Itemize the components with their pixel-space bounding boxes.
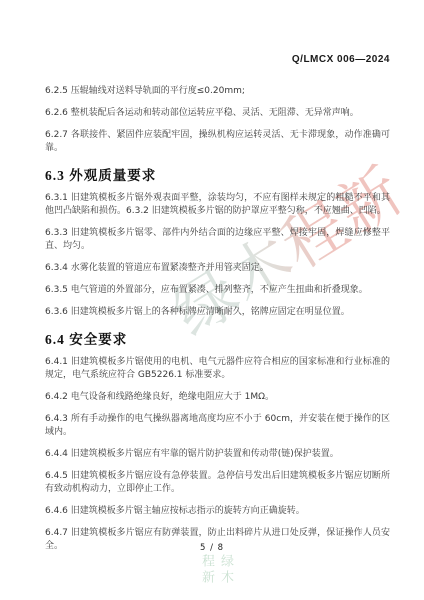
paragraph: 6.4.4 旧建筑模板多片锯应有牢靠的锯片防护装置和传动带(链)保护装置。 [45,448,390,461]
paragraph: 6.2.6 整机装配后各运动和转动部位运转应平稳、灵活、无阻滞、无异常声响。 [45,107,390,120]
page-number: 5 / 8 [0,543,424,553]
paragraph: 6.2.5 压辊轴线对送料导轨面的平行度≤0.20mm; [45,85,390,98]
paragraph: 6.4.3 所有手动操作的电气操纵器离地高度均应不小于 60cm，并安装在便于操… [45,413,390,439]
document-body: 6.2.5 压辊轴线对送料导轨面的平行度≤0.20mm;6.2.6 整机装配后各… [45,85,390,562]
paragraph: 6.4.5 旧建筑模板多片锯应设有急停装置。急停信号发出后旧建筑模板多片锯应切断… [45,470,390,496]
paragraph: 6.4.2 电气设备和线路绝缘良好，绝缘电阻应大于 1MΩ。 [45,391,390,404]
section-heading: 6.4 安全要求 [45,328,390,348]
paragraph: 6.3.3 旧建筑模板多片锯零、部件内外结合面的边缘应平整、焊接牢固，焊缝应修整… [45,227,390,253]
paragraph: 6.4.6 旧建筑模板多片锯主轴应按标志指示的旋转方向正确旋转。 [45,505,390,518]
paragraph: 6.4.1 旧建筑模板多片锯使用的电机、电气元器件应符合相应的国家标准和行业标准… [45,356,390,382]
document-header-code: Q/LMCX 006—2024 [292,54,390,65]
section-heading: 6.3 外观质量要求 [45,164,390,184]
paragraph: 6.3.6 旧建筑模板多片锯上的各种标牌应清晰耐久，铭牌应固定在明显位置。 [45,306,390,319]
paragraph: 6.2.7 各联接件、紧固件应装配牢固，操纵机构应运转灵活、无卡滞现象，动作准确… [45,129,390,155]
paragraph: 6.3.1 旧建筑模板多片锯外观表面平整，涂装均匀，不应有图样未规定的粗糙不平和… [45,192,390,218]
paragraph: 6.3.4 水雾化装置的管道应布置紧凑整齐并用管夹固定。 [45,262,390,275]
paragraph: 6.3.5 电气管道的外置部分，应布置紧凑、排列整齐，不应产生扭曲和折叠现象。 [45,284,390,297]
